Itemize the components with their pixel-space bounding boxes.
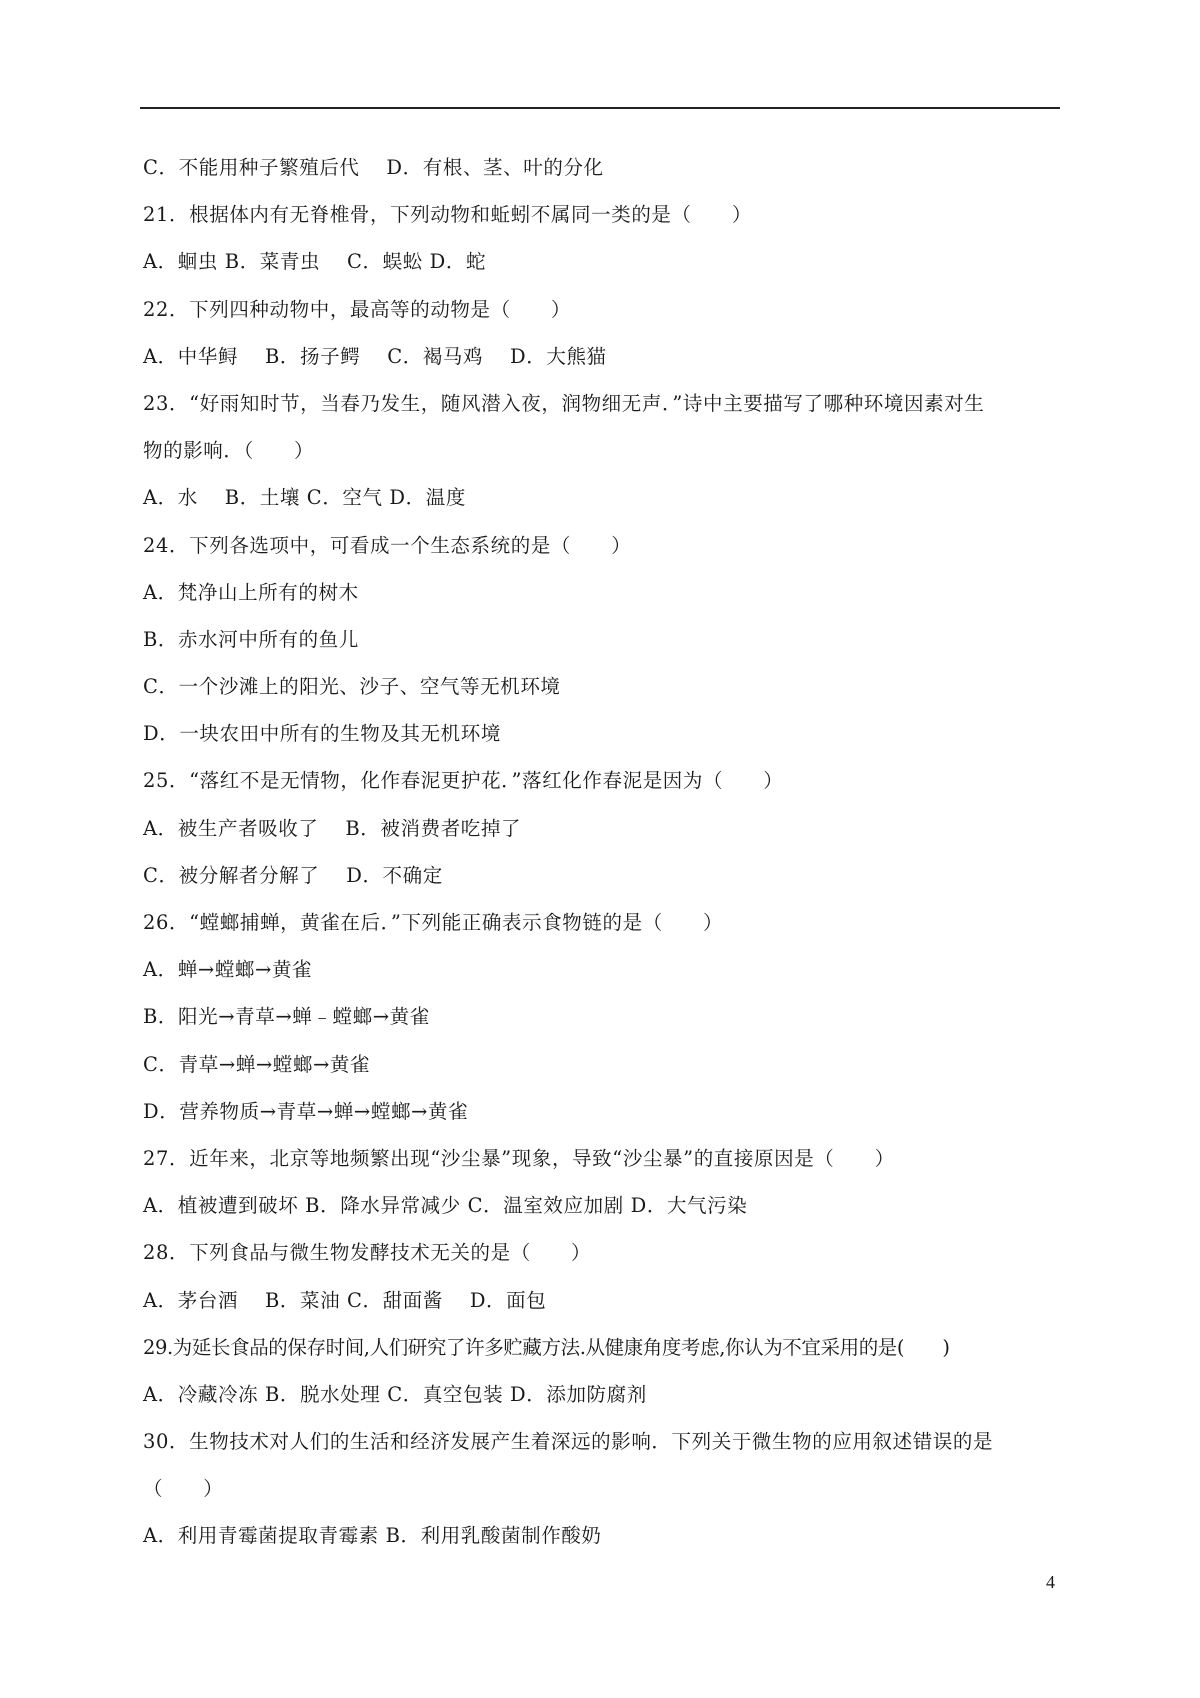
option-line: B．赤水河中所有的鱼儿 xyxy=(143,616,1073,663)
question-24: 24．下列各选项中，可看成一个生态系统的是（ ） xyxy=(143,522,1073,569)
option-line: A．中华鲟 B．扬子鳄 C．褐马鸡 D．大熊猫 xyxy=(143,333,1073,380)
question-23: 23．“好雨知时节，当春乃发生，随风潜入夜，润物细无声．”诗中主要描写了哪种环境… xyxy=(143,380,1073,427)
question-27: 27．近年来，北京等地频繁出现“沙尘暴”现象，导致“沙尘暴”的直接原因是（ ） xyxy=(143,1135,1073,1182)
option-line: C．不能用种子繁殖后代 D．有根、茎、叶的分化 xyxy=(143,144,1073,191)
question-29: 29.为延长食品的保存时间,人们研究了许多贮藏方法.从健康角度考虑,你认为不宜采… xyxy=(143,1324,1073,1371)
question-30-continued: （ ） xyxy=(143,1465,1073,1512)
question-28: 28．下列食品与微生物发酵技术无关的是（ ） xyxy=(143,1229,1073,1276)
question-21: 21．根据体内有无脊椎骨，下列动物和蚯蚓不属同一类的是（ ） xyxy=(143,191,1073,238)
option-line: C．青草→蝉→螳螂→黄雀 xyxy=(143,1041,1073,1088)
question-26: 26．“螳螂捕蝉，黄雀在后．”下列能正确表示食物链的是（ ） xyxy=(143,899,1073,946)
option-line: C．被分解者分解了 D．不确定 xyxy=(143,852,1073,899)
header-rule xyxy=(140,107,1060,109)
option-line: A．茅台酒 B．菜油 C．甜面酱 D．面包 xyxy=(143,1277,1073,1324)
question-30: 30．生物技术对人们的生活和经济发展产生着深远的影响．下列关于微生物的应用叙述错… xyxy=(143,1418,1073,1465)
question-23-continued: 物的影响．（ ） xyxy=(143,427,1073,474)
option-line: B．阳光→青草→蝉﹣螳螂→黄雀 xyxy=(143,993,1073,1040)
option-line: D．一块农田中所有的生物及其无机环境 xyxy=(143,710,1073,757)
option-line: A．水 B．土壤 C．空气 D．温度 xyxy=(143,474,1073,521)
option-line: A．蝉→螳螂→黄雀 xyxy=(143,946,1073,993)
option-line: A．梵净山上所有的树木 xyxy=(143,569,1073,616)
option-line: A．被生产者吸收了 B．被消费者吃掉了 xyxy=(143,805,1073,852)
option-line: A．利用青霉菌提取青霉素 B．利用乳酸菌制作酸奶 xyxy=(143,1512,1073,1559)
question-25: 25．“落红不是无情物，化作春泥更护花．”落红化作春泥是因为（ ） xyxy=(143,757,1073,804)
option-line: D．营养物质→青草→蝉→螳螂→黄雀 xyxy=(143,1088,1073,1135)
question-22: 22．下列四种动物中，最高等的动物是（ ） xyxy=(143,286,1073,333)
document-page: C．不能用种子繁殖后代 D．有根、茎、叶的分化 21．根据体内有无脊椎骨，下列动… xyxy=(0,0,1200,1698)
option-line: C．一个沙滩上的阳光、沙子、空气等无机环境 xyxy=(143,663,1073,710)
option-line: A．植被遭到破坏 B．降水异常减少 C．温室效应加剧 D．大气污染 xyxy=(143,1182,1073,1229)
page-number: 4 xyxy=(1046,1572,1055,1593)
question-list: C．不能用种子繁殖后代 D．有根、茎、叶的分化 21．根据体内有无脊椎骨，下列动… xyxy=(143,144,1073,1560)
option-line: A．蛔虫 B．菜青虫 C．蜈蚣 D．蛇 xyxy=(143,238,1073,285)
option-line: A．冷藏冷冻 B．脱水处理 C．真空包装 D．添加防腐剂 xyxy=(143,1371,1073,1418)
